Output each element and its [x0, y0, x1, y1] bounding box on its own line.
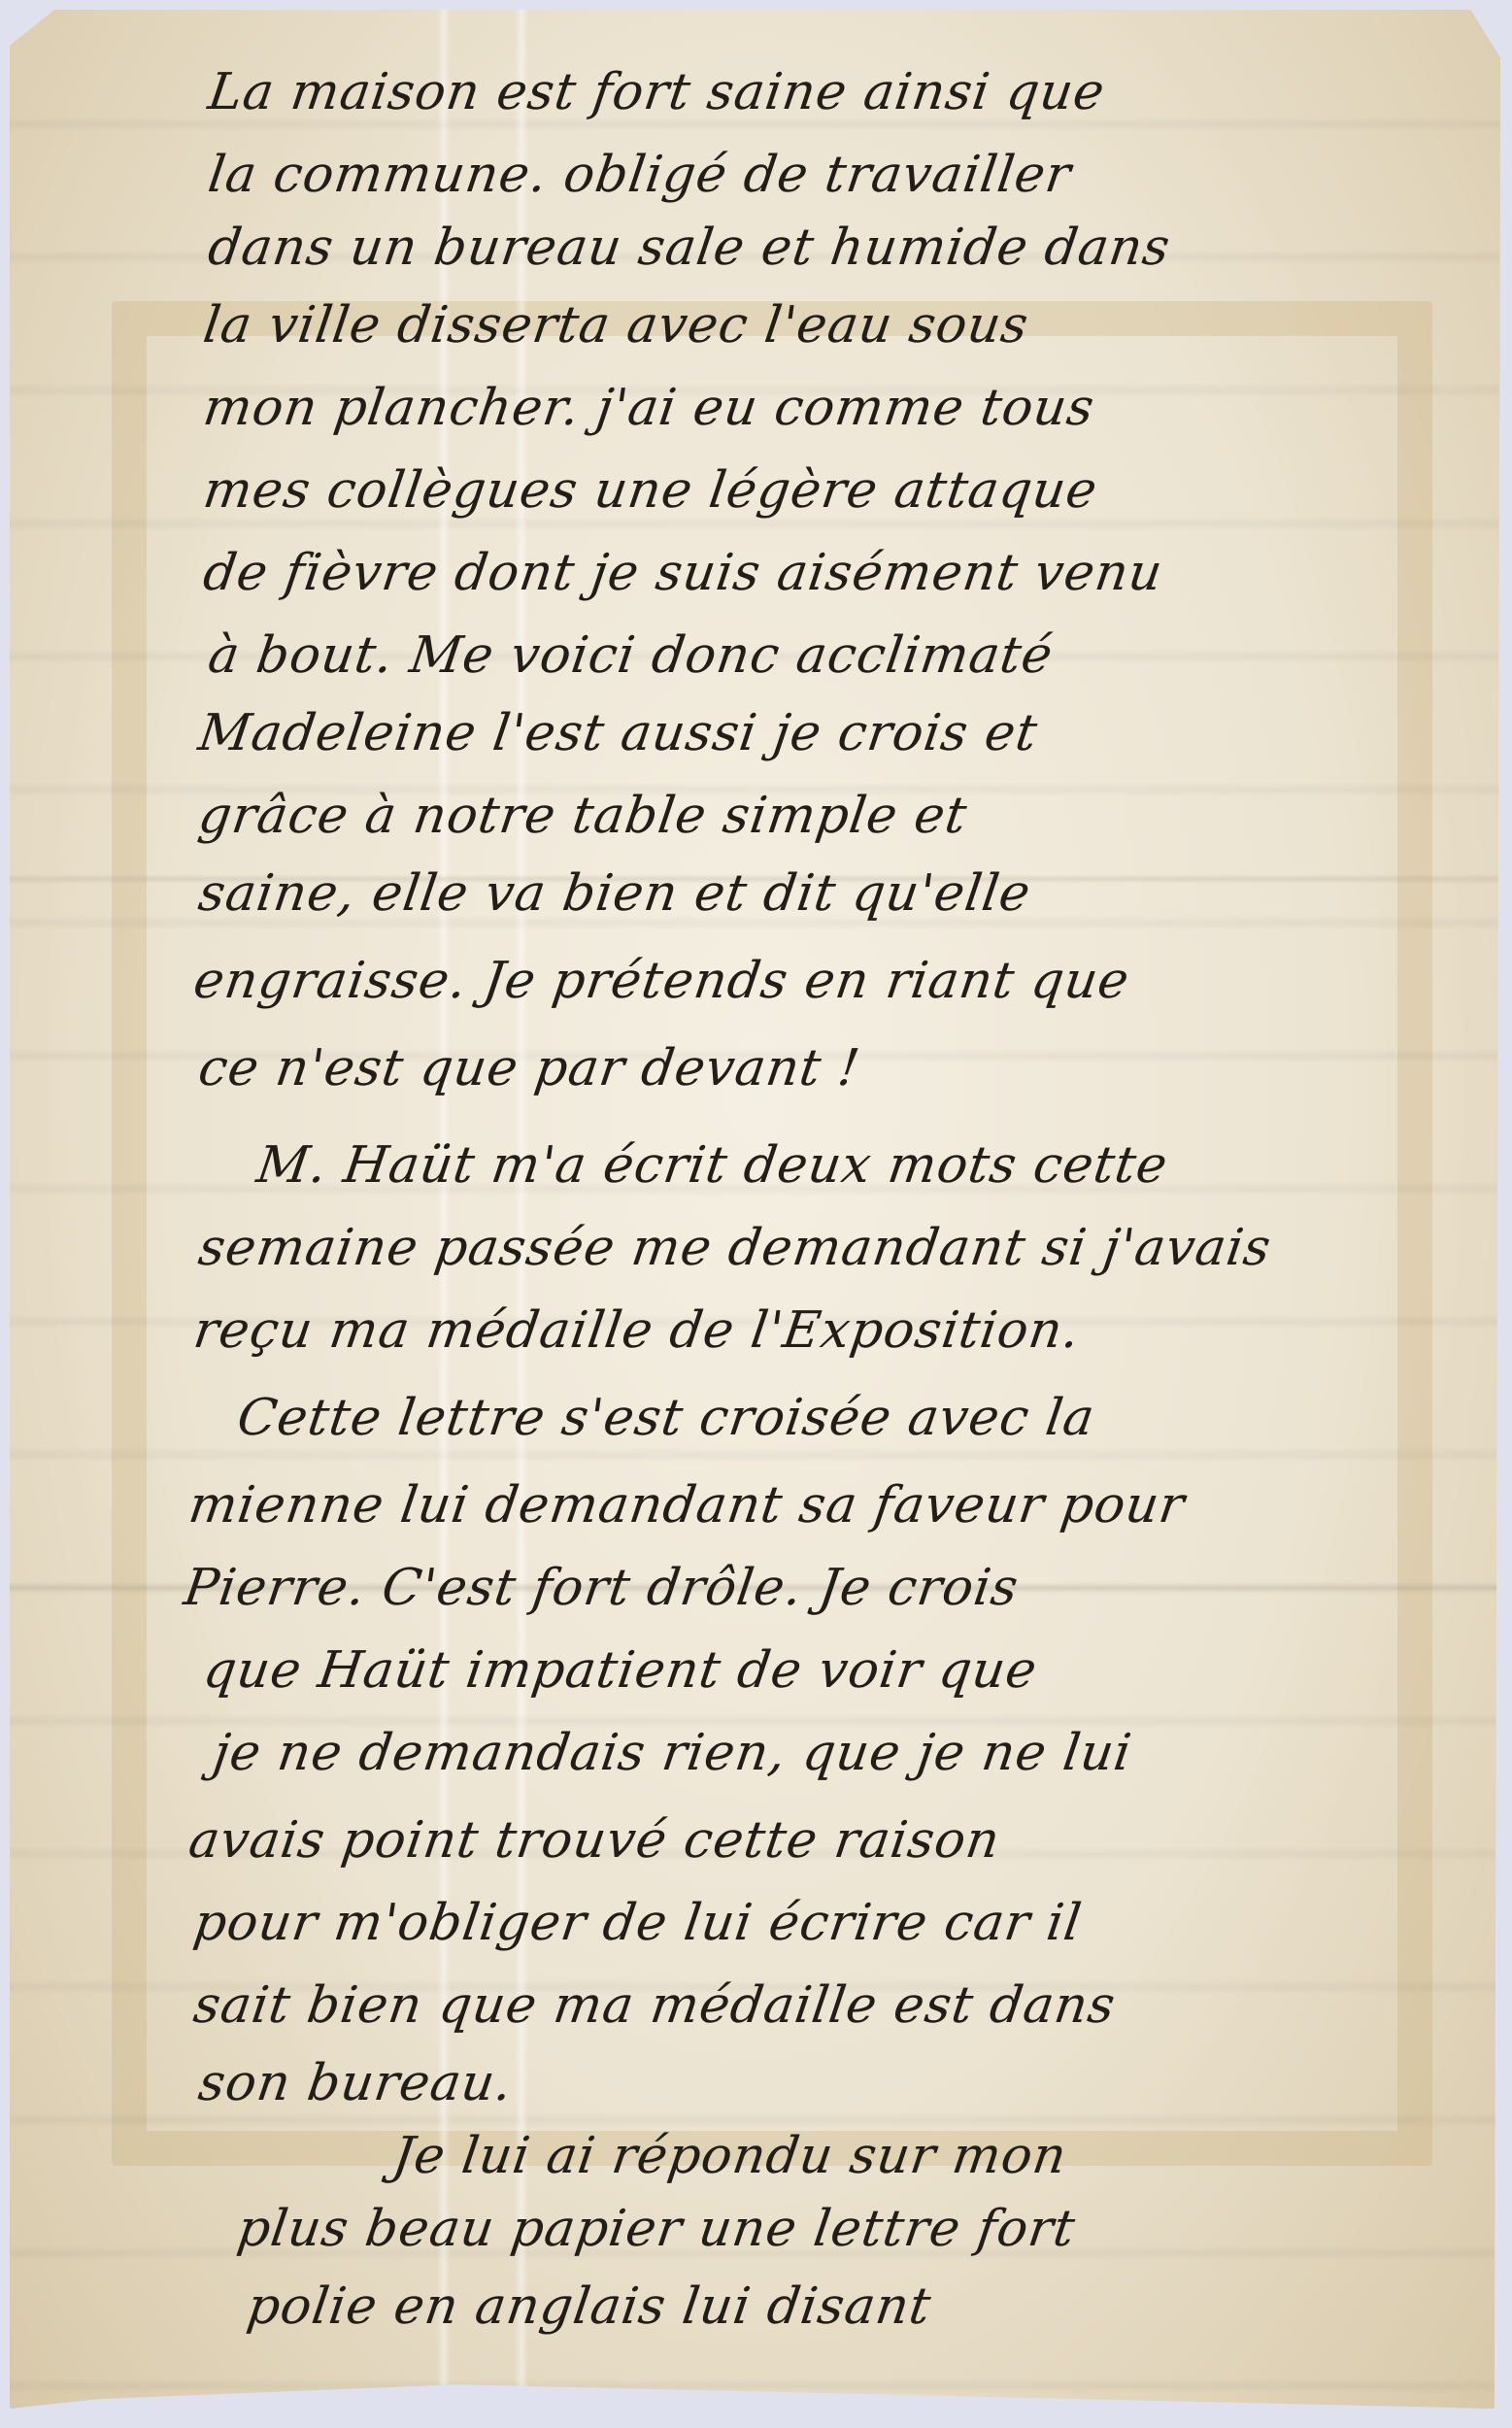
text-line: à bout. Me voici donc acclimaté [205, 626, 1057, 685]
text-line: La maison est fort saine ainsi que [205, 63, 1109, 121]
text-line: ce n'est que par devant ! [195, 1039, 864, 1097]
text-line: M. Haüt m'a écrit deux mots cette [253, 1136, 1172, 1195]
text-line: Cette lettre s'est croisée avec la [234, 1389, 1098, 1447]
text-line: la ville disserta avec l'eau sous [200, 296, 1032, 354]
text-line: mes collègues une légère attaque [200, 461, 1101, 520]
text-line: la commune. obligé de travailler [205, 146, 1075, 204]
handwritten-text: La maison est fort saine ainsi que la co… [10, 10, 1500, 2409]
text-line: grâce à notre table simple et [195, 787, 971, 845]
text-line: reçu ma médaille de l'Exposition. [190, 1301, 1084, 1360]
text-line: avais point trouvé cette raison [185, 1811, 1004, 1870]
letter-page: La maison est fort saine ainsi que la co… [10, 10, 1500, 2409]
text-line: mon plancher. j'ai eu comme tous [200, 379, 1098, 437]
text-line: plus beau papier une lettre fort [234, 2200, 1079, 2258]
text-line: son bureau. [195, 2054, 517, 2112]
text-line: Pierre. C'est fort drôle. Je crois [181, 1559, 1023, 1617]
text-line: pour m'obliger de lui écrire car il [190, 1894, 1086, 1952]
text-line: Madeleine l'est aussi je crois et [195, 704, 1042, 762]
text-line: mienne lui demandant sa faveur pour [185, 1476, 1189, 1534]
text-line: semaine passée me demandant si j'avais [195, 1219, 1275, 1277]
text-line: saine, elle va bien et dit qu'elle [195, 864, 1034, 923]
text-line: polie en anglais lui disant [244, 2277, 935, 2336]
text-line: sait bien que ma médaille est dans [190, 1976, 1120, 2035]
text-line: engraisse. Je prétends en riant que [190, 952, 1133, 1010]
text-line: dans un bureau sale et humide dans [205, 219, 1174, 277]
text-line: Je lui ai répondu sur mon [389, 2127, 1071, 2185]
text-line: je ne demandais rien, que je ne lui [210, 1724, 1136, 1782]
text-line: que Haüt impatient de voir que [200, 1641, 1041, 1700]
text-line: de fièvre dont je suis aisément venu [200, 544, 1166, 602]
